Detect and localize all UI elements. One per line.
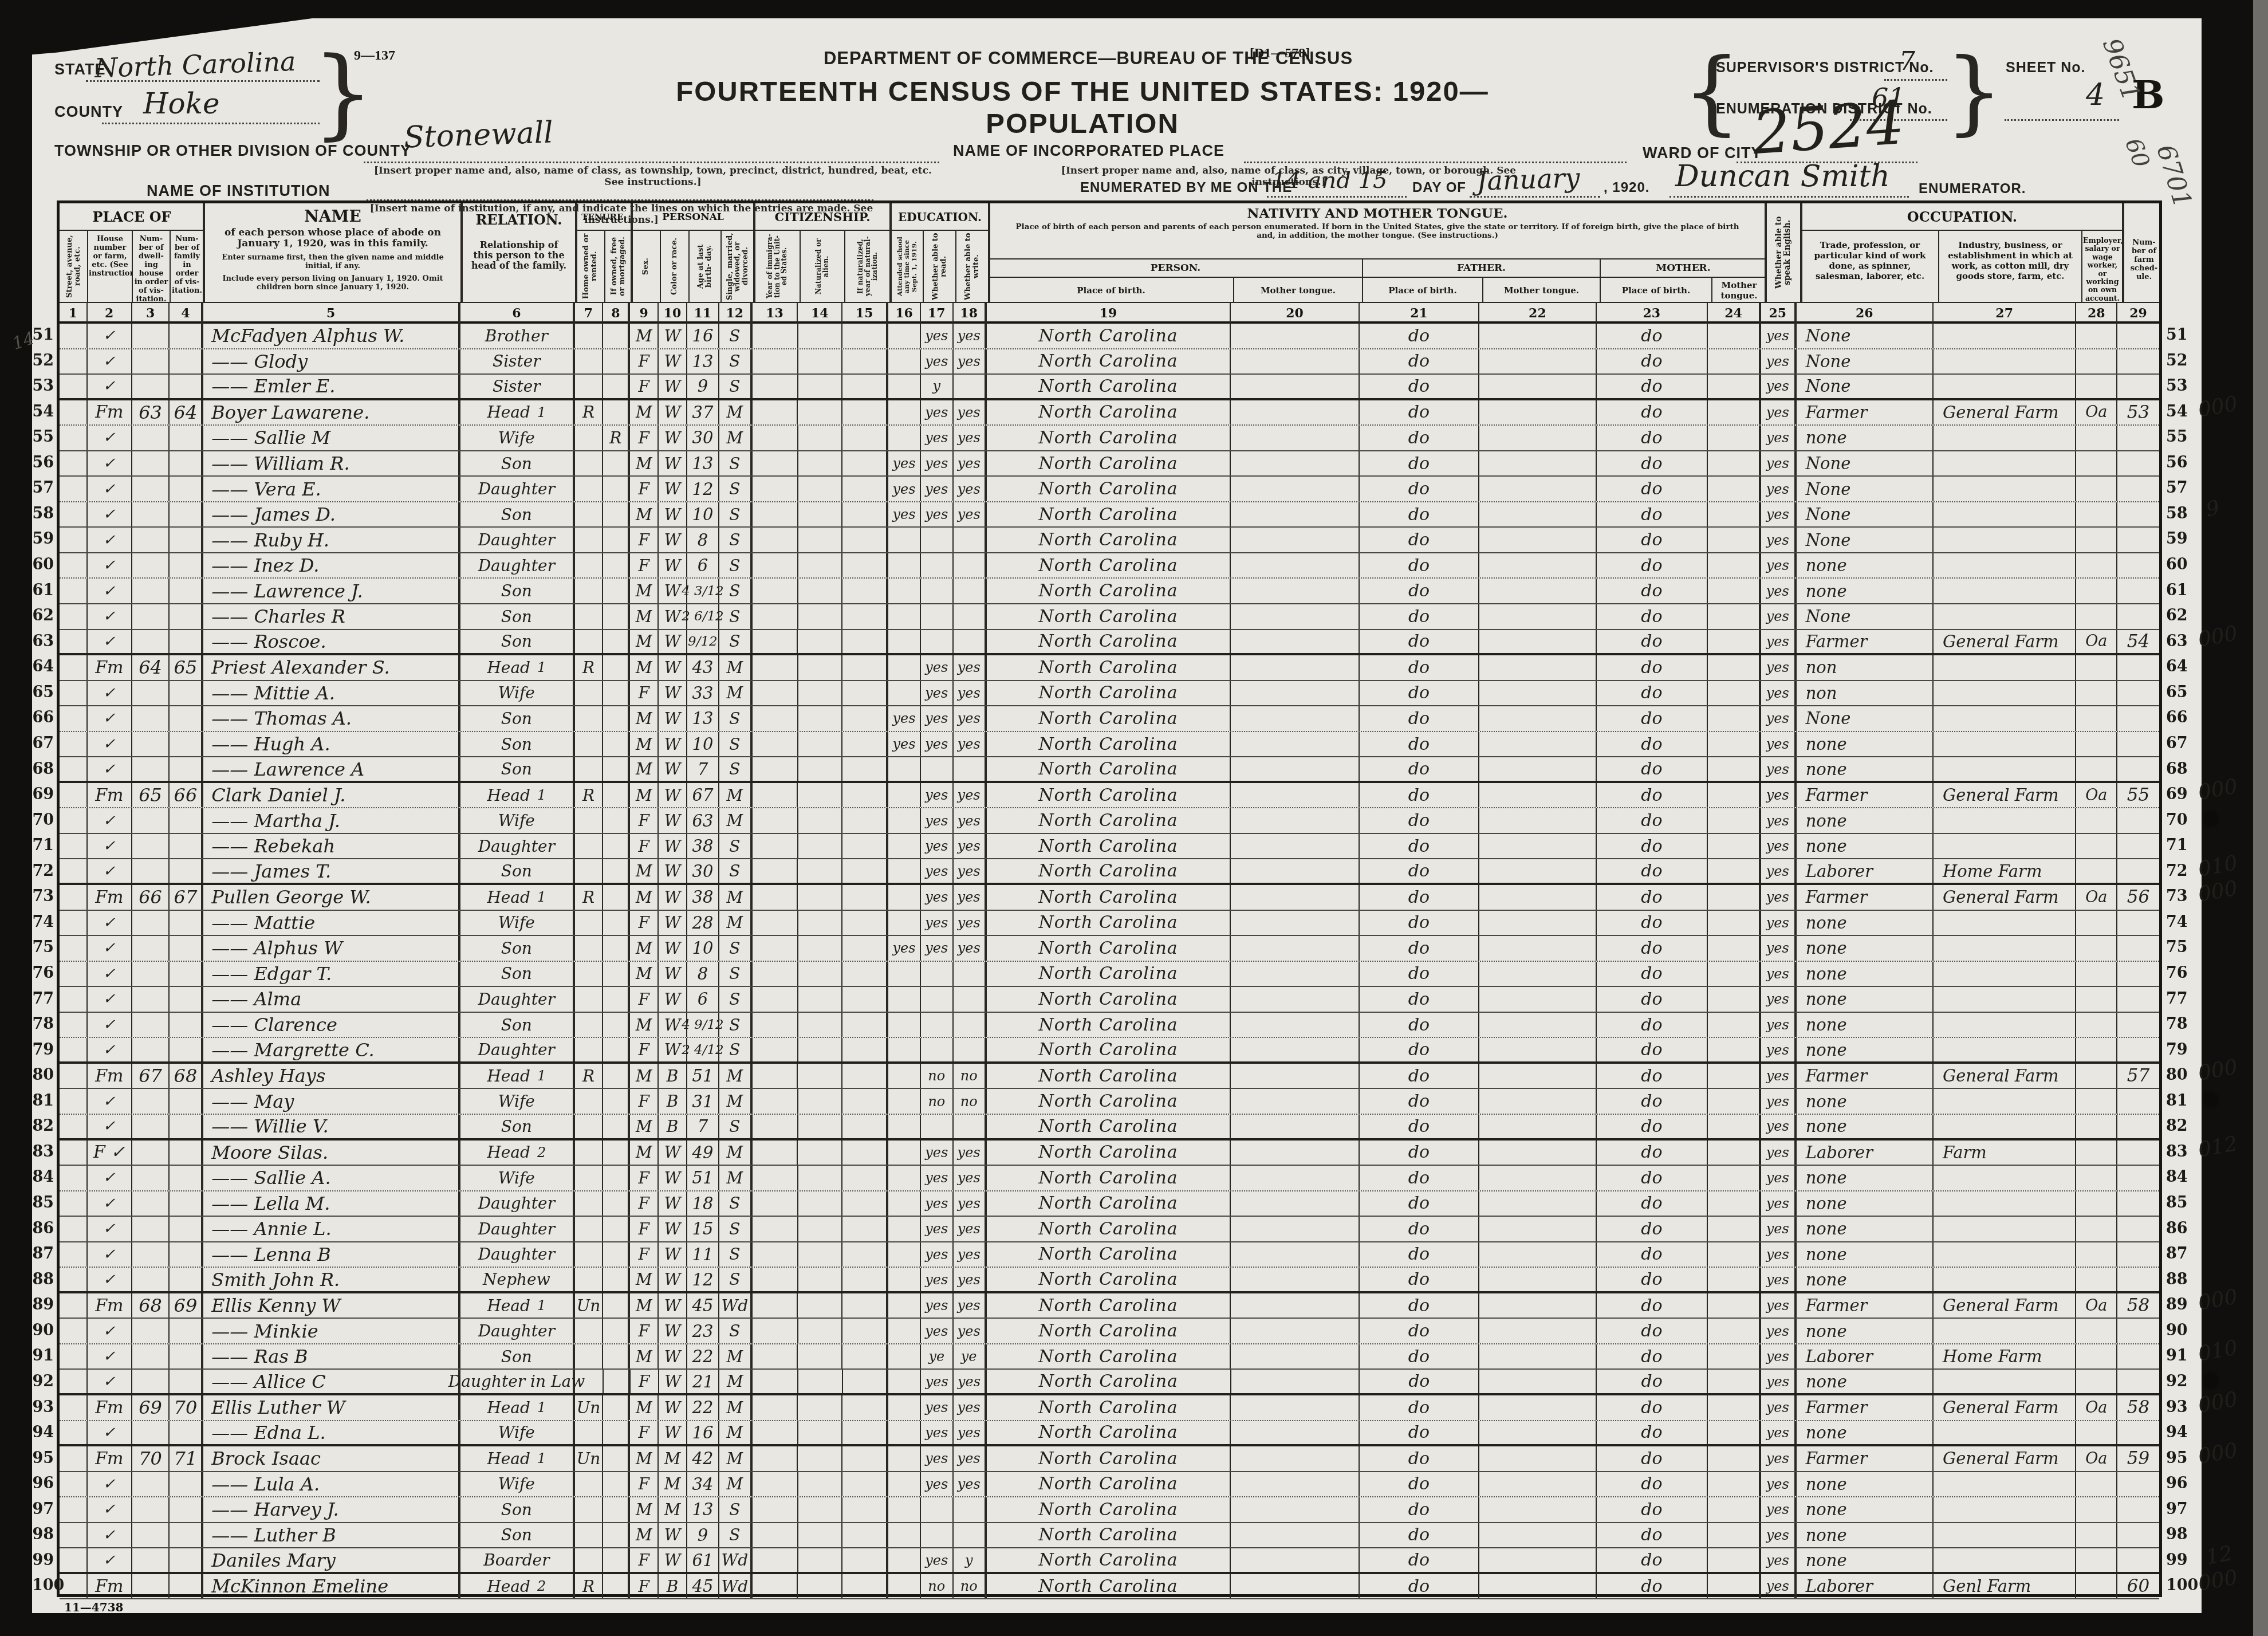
cell-r79-c26: none [1797, 1038, 1934, 1061]
value-r75-c17: yes [925, 940, 948, 956]
cell-r57-c25: yes [1761, 477, 1797, 501]
cell-r99-c29 [2117, 1548, 2159, 1572]
line-number-left-93: 93 [32, 1398, 54, 1416]
cell-r65-c7 [575, 681, 604, 706]
cell-r91-c16 [888, 1344, 921, 1369]
cell-r85-c2: ✓ [88, 1191, 132, 1216]
group-occupation: OCCUPATION. [1801, 203, 2123, 231]
cell-r91-c7 [575, 1344, 604, 1369]
cell-r71-c13 [753, 834, 798, 859]
cell-r52-c18: yes [954, 349, 987, 374]
cell-r72-c2: ✓ [88, 859, 132, 883]
cell-r51-c11: 16 [687, 324, 719, 348]
cell-r54-c22 [1479, 400, 1596, 425]
cell-r66-c10: W [659, 706, 687, 731]
cell-r91-c28 [2076, 1344, 2117, 1369]
cell-r90-c20 [1231, 1319, 1359, 1343]
cell-r53-c4 [170, 375, 203, 398]
cell-r61-c4 [170, 579, 203, 603]
cell-r54-c18: yes [954, 400, 987, 425]
cell-r71-c11: 38 [687, 834, 719, 859]
cell-r53-c27 [1934, 375, 2076, 398]
value-r63-c5: —— Roscoe. [211, 631, 326, 652]
cell-r95-c17: yes [921, 1446, 954, 1471]
relation-desc: Relationship of this person to the head … [462, 231, 576, 271]
cell-r68-c20 [1231, 757, 1359, 781]
table-row-78: ✓—— ClarenceSonMW4 9/12SNorth Carolinado… [60, 1013, 2159, 1039]
cell-r88-c25: yes [1761, 1268, 1797, 1291]
value-r70-c23: do [1641, 811, 1662, 831]
value-r72-c6: Son [501, 862, 532, 880]
cell-r80-c14 [798, 1064, 842, 1088]
value-r51-c21: do [1408, 326, 1430, 346]
cell-r67-c24 [1708, 732, 1761, 757]
cell-r99-c19: North Carolina [987, 1548, 1231, 1572]
cell-r93-c24 [1708, 1395, 1761, 1420]
line-number-right-52: 52 [2166, 352, 2200, 369]
cell-r69-c27: General Farm [1934, 783, 2076, 808]
cell-r52-c29 [2117, 349, 2159, 374]
cell-r92-c3 [132, 1370, 170, 1393]
cell-r63-c1 [60, 630, 88, 654]
cell-r85-c16 [888, 1191, 921, 1216]
cell-r67-c10: W [659, 732, 687, 757]
col-write: Whether able to write. [956, 231, 989, 302]
value-r88-c25: yes [1766, 1272, 1789, 1288]
value-r98-c10: W [664, 1525, 681, 1544]
cell-r87-c26: none [1797, 1242, 1934, 1267]
line-number-left-97: 97 [32, 1500, 54, 1518]
cell-r66-c15 [842, 706, 888, 731]
cell-r64-c22 [1479, 655, 1596, 680]
value-r53-c2: ✓ [103, 377, 116, 395]
cell-r86-c16 [888, 1217, 921, 1241]
county-label: COUNTY [54, 103, 123, 121]
cell-r68-c10: W [659, 757, 687, 781]
value-r66-c2: ✓ [103, 710, 116, 727]
cell-r85-c19: North Carolina [987, 1191, 1231, 1216]
cell-r99-c7 [575, 1548, 604, 1572]
line-number-right-85: 85 [2166, 1194, 2200, 1212]
cell-r84-c27 [1934, 1166, 2076, 1190]
cell-r61-c8 [603, 579, 630, 603]
cell-r55-c24 [1708, 426, 1761, 450]
line-number-left-53: 53 [32, 377, 54, 395]
cell-r71-c21: do [1360, 834, 1479, 859]
cell-r86-c28 [2076, 1217, 2117, 1241]
cell-r52-c1 [60, 349, 88, 374]
value-r58-c9: M [636, 505, 652, 524]
cell-r74-c5: —— Mattie [203, 911, 460, 935]
value-r52-c26: None [1806, 352, 1851, 371]
value-r93-c19: North Carolina [1038, 1398, 1178, 1418]
cell-r55-c25: yes [1761, 426, 1797, 450]
value-r63-c10: W [664, 632, 681, 651]
cell-r57-c3 [132, 477, 170, 501]
cell-r73-c27: General Farm [1934, 885, 2076, 910]
value-r87-c23: do [1641, 1244, 1662, 1264]
cell-r68-c15 [842, 757, 888, 781]
cell-r91-c5: —— Ras B [203, 1344, 460, 1369]
value-r78-c23: do [1641, 1015, 1662, 1035]
cell-r88-c16 [888, 1268, 921, 1291]
table-header: PLACE OF ABODE.TENURE.PERSONAL DESCRIPTI… [60, 203, 2159, 324]
cell-r73-c17: yes [921, 885, 954, 910]
value-r87-c10: W [664, 1245, 681, 1264]
value-r95-c23: do [1641, 1449, 1662, 1469]
cell-r81-c17: no [921, 1089, 954, 1114]
value-r92-c26: none [1806, 1372, 1847, 1391]
table-row-53: ✓—— Emler E.SisterFW9SyNorth Carolinadod… [60, 375, 2159, 400]
cell-r77-c29 [2117, 987, 2159, 1012]
cell-r95-c15 [842, 1446, 888, 1471]
cell-r89-c4: 69 [170, 1293, 203, 1318]
cell-r93-c13 [753, 1395, 798, 1420]
cell-r78-c29 [2117, 1013, 2159, 1037]
line-number-left-56: 56 [32, 454, 54, 471]
cell-r89-c9: M [630, 1293, 659, 1318]
cell-r90-c10: W [659, 1319, 687, 1343]
column-number-26: 26 [1797, 303, 1934, 324]
cell-r73-c1 [60, 885, 88, 910]
cell-r75-c25: yes [1761, 936, 1797, 961]
value-r94-c11: 16 [692, 1423, 714, 1442]
line-number-left-89: 89 [32, 1296, 54, 1313]
cell-r65-c2: ✓ [88, 681, 132, 706]
table-row-63: ✓—— Roscoe.SonMW9/12SNorth Carolinadodoy… [60, 630, 2159, 656]
cell-r89-c10: W [659, 1293, 687, 1318]
cell-r56-c5: —— William R. [203, 451, 460, 476]
cell-r66-c1 [60, 706, 88, 731]
value-r67-c17: yes [925, 736, 948, 752]
cell-r93-c29: 58 [2117, 1395, 2159, 1420]
cell-r89-c29: 58 [2117, 1293, 2159, 1318]
value-r84-c5: —— Sallie A. [211, 1167, 330, 1189]
cell-r62-c17 [921, 604, 954, 629]
cell-r70-c18: yes [954, 808, 987, 833]
value-r73-c9: M [636, 888, 652, 907]
value-r73-c27: General Farm [1943, 887, 2059, 907]
value-r59-c23: do [1641, 530, 1662, 550]
value-r60-c25: yes [1766, 557, 1789, 573]
cell-r74-c6: Wife [460, 911, 574, 935]
cell-r92-c16 [888, 1370, 921, 1393]
cell-r66-c22 [1479, 706, 1596, 731]
value-r77-c23: do [1641, 989, 1662, 1009]
cell-r54-c10: W [659, 400, 687, 425]
value-r93-c4: 70 [174, 1397, 198, 1418]
value-r85-c9: F [639, 1194, 649, 1213]
value-r57-c25: yes [1766, 481, 1789, 497]
cell-r92-c25: yes [1761, 1370, 1797, 1393]
line-number-left-98: 98 [32, 1525, 54, 1543]
column-number-17: 17 [921, 303, 954, 324]
cell-r84-c3 [132, 1166, 170, 1190]
cell-r90-c7 [575, 1319, 604, 1343]
value-r69-c6: Head [487, 786, 530, 805]
nativity-person-label: PERSON. [989, 259, 1363, 277]
cell-r56-c17: yes [921, 451, 954, 476]
table-row-88: ✓Smith John R.NephewMW12SyesyesNorth Car… [60, 1268, 2159, 1293]
cell-r69-c6: Head1 [460, 783, 574, 808]
cell-r52-c3 [132, 349, 170, 374]
value-r71-c2: ✓ [103, 837, 116, 855]
cell-r91-c26: Laborer [1797, 1344, 1934, 1369]
col-immigration: Year of immigra- tion to the Unit- ed St… [754, 231, 800, 302]
value-r67-c6: Son [501, 735, 532, 754]
cell-r72-c28 [2076, 859, 2117, 883]
value-r58-c6: Son [501, 505, 532, 524]
column-number-7: 7 [575, 303, 604, 324]
cell-r91-c22 [1479, 1344, 1596, 1369]
cell-r92-c8 [604, 1370, 631, 1393]
col-naturalization-year-text: If naturalized, year of natural- ization… [845, 231, 891, 302]
value-r66-c23: do [1641, 709, 1662, 729]
value-r54-c27: General Farm [1943, 403, 2059, 422]
cell-r84-c7 [575, 1166, 604, 1190]
cell-r77-c4 [170, 987, 203, 1012]
cell-r76-c7 [575, 962, 604, 986]
cell-r76-c6: Son [460, 962, 574, 986]
value-r78-c5: —— Clarence [211, 1014, 337, 1036]
cell-r58-c1 [60, 502, 88, 527]
value-r78-c12: S [729, 1016, 740, 1035]
cell-r85-c15 [842, 1191, 888, 1216]
cell-r95-c23: do [1597, 1446, 1708, 1471]
value-r74-c21: do [1408, 913, 1430, 933]
value-r85-c2: ✓ [103, 1195, 116, 1212]
value-r52-c25: yes [1766, 353, 1789, 369]
cell-r99-c1 [60, 1548, 88, 1572]
cell-r93-c16 [888, 1395, 921, 1420]
cell-r60-c26: none [1797, 553, 1934, 578]
cell-r58-c16: yes [888, 502, 921, 527]
value-r73-c11: 38 [692, 887, 713, 907]
value-r79-c21: do [1408, 1040, 1430, 1060]
column-number-12: 12 [719, 303, 753, 324]
cell-r53-c3 [132, 375, 170, 398]
line-number-right-72: 72 [2166, 862, 2200, 880]
table-row-81: ✓—— MayWifeFB31MnonoNorth Carolinadodoye… [60, 1089, 2159, 1115]
value-r52-c18: yes [958, 353, 981, 369]
relation-title: RELATION. [462, 208, 576, 231]
value-r60-c10: W [664, 556, 681, 575]
cell-r99-c13 [753, 1548, 798, 1572]
value-r73-c21: do [1408, 887, 1430, 907]
cell-r99-c12: Wd [719, 1548, 753, 1572]
cell-r78-c19: North Carolina [987, 1013, 1231, 1037]
cell-r68-c9: M [630, 757, 659, 781]
line-number-right-57: 57 [2166, 479, 2200, 497]
enumerator-line [1669, 196, 1909, 198]
value-r68-c23: do [1641, 759, 1662, 779]
cell-r90-c18: yes [954, 1319, 987, 1343]
cell-r68-c25: yes [1761, 757, 1797, 781]
cell-r91-c18: ye [954, 1344, 987, 1369]
value-r82-c19: North Carolina [1038, 1116, 1178, 1136]
table-row-68: ✓—— Lawrence ASonMW7SNorth Carolinadodoy… [60, 757, 2159, 783]
cell-r68-c29 [2117, 757, 2159, 781]
cell-r54-c27: General Farm [1934, 400, 2076, 425]
value-r92-c9: F [639, 1372, 649, 1391]
cell-r91-c21: do [1360, 1344, 1479, 1369]
value-r66-c17: yes [925, 710, 948, 726]
header-name-block: NAMEof each person whose place of abode … [204, 203, 462, 302]
value-r56-c23: do [1641, 454, 1662, 474]
value-r70-c10: W [664, 811, 681, 830]
cell-r99-c11: 61 [687, 1548, 719, 1572]
cell-r64-c4: 65 [170, 655, 203, 680]
cell-r83-c16 [888, 1141, 921, 1165]
value-r99-c10: W [664, 1551, 681, 1570]
value-r57-c5: —— Vera E. [211, 478, 321, 500]
cell-r75-c21: do [1360, 936, 1479, 961]
cell-r88-c4 [170, 1268, 203, 1291]
cell-r54-c24 [1708, 400, 1761, 425]
cell-r62-c15 [842, 604, 888, 629]
value-r71-c17: yes [925, 838, 948, 854]
cell-r64-c8 [603, 655, 630, 680]
cell-r51-c18: yes [954, 324, 987, 348]
value-r54-c4: 64 [174, 402, 198, 423]
line-number-right-83: 83 [2166, 1143, 2200, 1161]
cell-r83-c25: yes [1761, 1141, 1797, 1165]
value-r74-c17: yes [925, 915, 948, 931]
cell-r70-c19: North Carolina [987, 808, 1231, 833]
cell-r83-c22 [1479, 1141, 1596, 1165]
value-r88-c12: S [729, 1270, 740, 1289]
cell-r86-c18: yes [954, 1217, 987, 1241]
cell-r81-c2: ✓ [88, 1089, 132, 1114]
cell-r90-c12: S [719, 1319, 753, 1343]
value-r54-c7: R [582, 403, 594, 422]
value-r87-c21: do [1408, 1244, 1430, 1264]
cell-r64-c12: M [719, 655, 753, 680]
cell-r73-c8 [603, 885, 630, 910]
cell-r100-c19: North Carolina [987, 1574, 1231, 1599]
cell-r77-c17 [921, 987, 954, 1012]
cell-r58-c7 [575, 502, 604, 527]
cell-r78-c27 [1934, 1013, 2076, 1037]
value-r75-c18: yes [958, 940, 981, 956]
cell-r58-c25: yes [1761, 502, 1797, 527]
cell-r93-c14 [798, 1395, 842, 1420]
cell-r96-c29 [2117, 1472, 2159, 1497]
cell-r62-c23: do [1597, 604, 1708, 629]
value-r73-c10: W [664, 888, 681, 907]
value-r81-c2: ✓ [103, 1093, 116, 1110]
value-r99-c21: do [1408, 1550, 1430, 1570]
line-number-left-79: 79 [32, 1041, 54, 1059]
value-r64-c18: yes [958, 659, 981, 675]
cell-r82-c23: do [1597, 1115, 1708, 1138]
cell-r76-c2: ✓ [88, 962, 132, 986]
cell-r77-c3 [132, 987, 170, 1012]
cell-r70-c26: none [1797, 808, 1934, 833]
cell-r90-c14 [798, 1319, 843, 1343]
cell-r80-c28 [2076, 1064, 2117, 1088]
cell-r55-c29 [2117, 426, 2159, 450]
cell-r66-c28 [2076, 706, 2117, 731]
cell-r57-c14 [798, 477, 843, 501]
col-speak-english: Whether able to speak English. [1766, 203, 1801, 302]
value-r52-c17: yes [925, 353, 948, 369]
cell-r60-c20 [1231, 553, 1359, 578]
cell-r57-c10: W [659, 477, 687, 501]
table-row-55: ✓—— Sallie MWifeRFW30MyesyesNorth Caroli… [60, 426, 2159, 451]
cell-r70-c4 [170, 808, 203, 833]
cell-r81-c27 [1934, 1089, 2076, 1114]
value-r98-c19: North Carolina [1038, 1525, 1178, 1545]
cell-r76-c4 [170, 962, 203, 986]
cell-r70-c21: do [1360, 808, 1479, 833]
cell-r66-c3 [132, 706, 170, 731]
cell-r70-c15 [842, 808, 888, 833]
value-r55-c6: Wife [498, 428, 535, 447]
cell-r84-c24 [1708, 1166, 1761, 1190]
value-r82-c5: —— Willie V. [211, 1115, 328, 1137]
cell-r52-c8 [603, 349, 630, 374]
cell-r89-c11: 45 [687, 1293, 719, 1318]
value-r81-c12: M [726, 1092, 743, 1111]
line-number-left-67: 67 [32, 734, 54, 752]
value-r62-c6: Son [501, 607, 532, 626]
cell-r73-c13 [753, 885, 798, 910]
cell-r76-c17 [921, 962, 954, 986]
cell-r74-c24 [1708, 911, 1761, 935]
line-number-right-59: 59 [2166, 530, 2200, 548]
cell-r57-c19: North Carolina [987, 477, 1231, 501]
value-r75-c19: North Carolina [1038, 938, 1178, 958]
cell-r81-c23: do [1597, 1089, 1708, 1114]
cell-r53-c22 [1479, 375, 1596, 398]
value-r91-c26: Laborer [1806, 1347, 1873, 1366]
cell-r63-c5: —— Roscoe. [203, 630, 460, 654]
cell-r93-c7: Un [575, 1395, 604, 1420]
cell-r96-c27 [1934, 1472, 2076, 1497]
cell-r94-c8 [603, 1421, 630, 1445]
cell-r92-c7 [575, 1370, 604, 1393]
cell-r86-c23: do [1597, 1217, 1708, 1241]
value-r89-c7: Un [577, 1296, 601, 1315]
value-r82-c21: do [1408, 1116, 1430, 1136]
cell-r56-c13 [753, 451, 798, 476]
cell-r75-c17: yes [921, 936, 954, 961]
cell-r100-c21: do [1360, 1574, 1479, 1599]
cell-r82-c12: S [719, 1115, 753, 1138]
cell-r65-c3 [132, 681, 170, 706]
cell-r90-c3 [132, 1319, 170, 1343]
value-r54-c28: Oa [2085, 403, 2107, 421]
cell-r78-c7 [575, 1013, 604, 1037]
line-number-left-75: 75 [32, 938, 54, 956]
cell-r70-c8 [603, 808, 630, 833]
value-r75-c21: do [1408, 938, 1430, 958]
cell-r77-c22 [1479, 987, 1596, 1012]
value-r89-c23: do [1641, 1296, 1662, 1316]
cell-r72-c13 [753, 859, 798, 883]
cell-r95-c12: M [719, 1446, 753, 1471]
cell-r79-c19: North Carolina [987, 1038, 1231, 1061]
value-r80-c4: 68 [174, 1065, 198, 1087]
cell-r67-c9: M [630, 732, 659, 757]
cell-r93-c3: 69 [132, 1395, 170, 1420]
value-r90-c26: none [1806, 1322, 1847, 1341]
cell-r67-c18: yes [954, 732, 987, 757]
value-r58-c5: —— James D. [211, 504, 336, 525]
enumerated-prefix: ENUMERATED BY ME ON THE [1080, 180, 1292, 196]
cell-r85-c14 [798, 1191, 843, 1216]
